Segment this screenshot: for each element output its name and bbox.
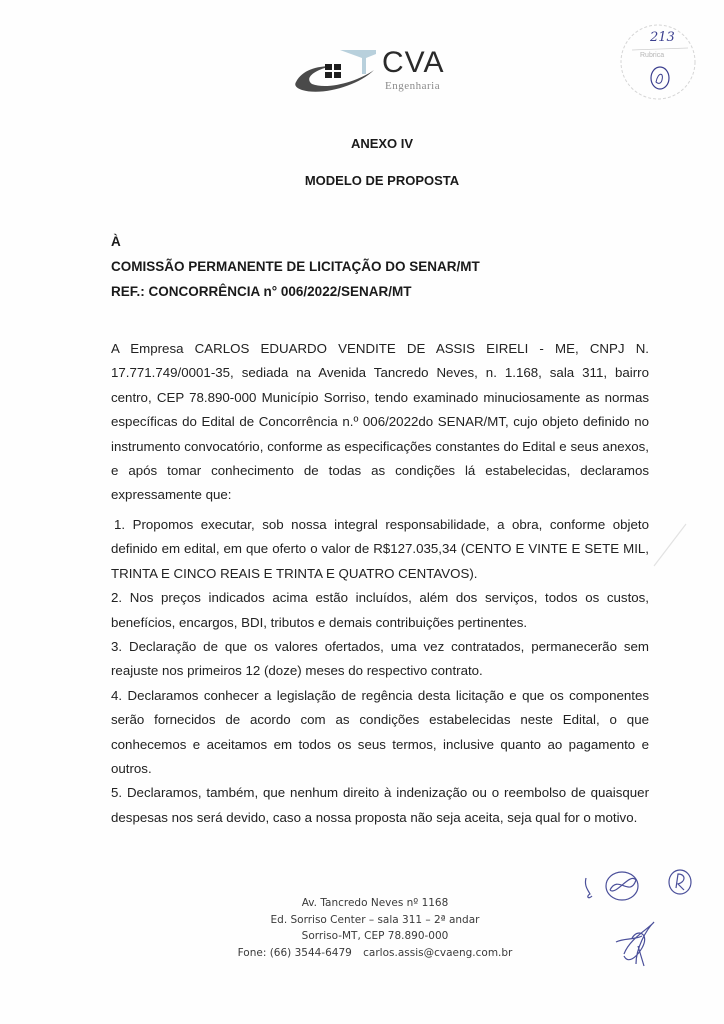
company-logo: CVA Engenharia bbox=[292, 44, 492, 94]
reference-line: REF.: CONCORRÊNCIA n° 006/2022/SENAR/MT bbox=[111, 284, 411, 299]
declaration-item: 5. Declaramos, também, que nenhum direit… bbox=[111, 781, 649, 830]
annex-title: ANEXO IV bbox=[20, 136, 724, 151]
footer-contact: Fone: (66) 3544-6479 carlos.assis@cvaeng… bbox=[220, 945, 530, 962]
declarations-list: 1. Propomos executar, sob nossa integral… bbox=[111, 513, 649, 830]
logo-brand: CVA bbox=[382, 46, 444, 80]
declaration-item: 3. Declaração de que os valores ofertado… bbox=[111, 635, 649, 684]
page-number-stamp: 213 Rubrica bbox=[618, 22, 698, 102]
declaration-item: 4. Declaramos conhecer a legislação de r… bbox=[111, 684, 649, 782]
addressee-to: À bbox=[111, 234, 121, 249]
intro-paragraph: A Empresa CARLOS EDUARDO VENDITE DE ASSI… bbox=[111, 337, 649, 508]
declaration-item: 2. Nos preços indicados acima estão incl… bbox=[111, 586, 649, 635]
pen-mark-icon bbox=[650, 520, 690, 570]
signature-initials-icon bbox=[580, 868, 700, 988]
footer-phone: Fone: (66) 3544-6479 bbox=[238, 947, 352, 959]
stamp-page-number: 213 bbox=[650, 30, 675, 45]
footer-email[interactable]: carlos.assis@cvaeng.com.br bbox=[363, 947, 512, 959]
stamp-label: Rubrica bbox=[640, 52, 664, 59]
footer-address-line: Av. Tancredo Neves nº 1168 bbox=[220, 895, 530, 912]
footer-address-line: Sorriso-MT, CEP 78.890-000 bbox=[220, 928, 530, 945]
model-title: MODELO DE PROPOSTA bbox=[20, 173, 724, 188]
document-page: CVA Engenharia 213 Rubrica ANEXO IV MODE… bbox=[0, 0, 724, 1024]
footer-address-line: Ed. Sorriso Center – sala 311 – 2ª andar bbox=[220, 912, 530, 929]
addressee-commission: COMISSÃO PERMANENTE DE LICITAÇÃO DO SENA… bbox=[111, 259, 480, 274]
declaration-item: 1. Propomos executar, sob nossa integral… bbox=[111, 513, 649, 586]
logo-subtitle: Engenharia bbox=[385, 80, 440, 92]
company-footer: Av. Tancredo Neves nº 1168 Ed. Sorriso C… bbox=[220, 895, 530, 961]
house-roof-swoosh-icon bbox=[292, 44, 382, 94]
